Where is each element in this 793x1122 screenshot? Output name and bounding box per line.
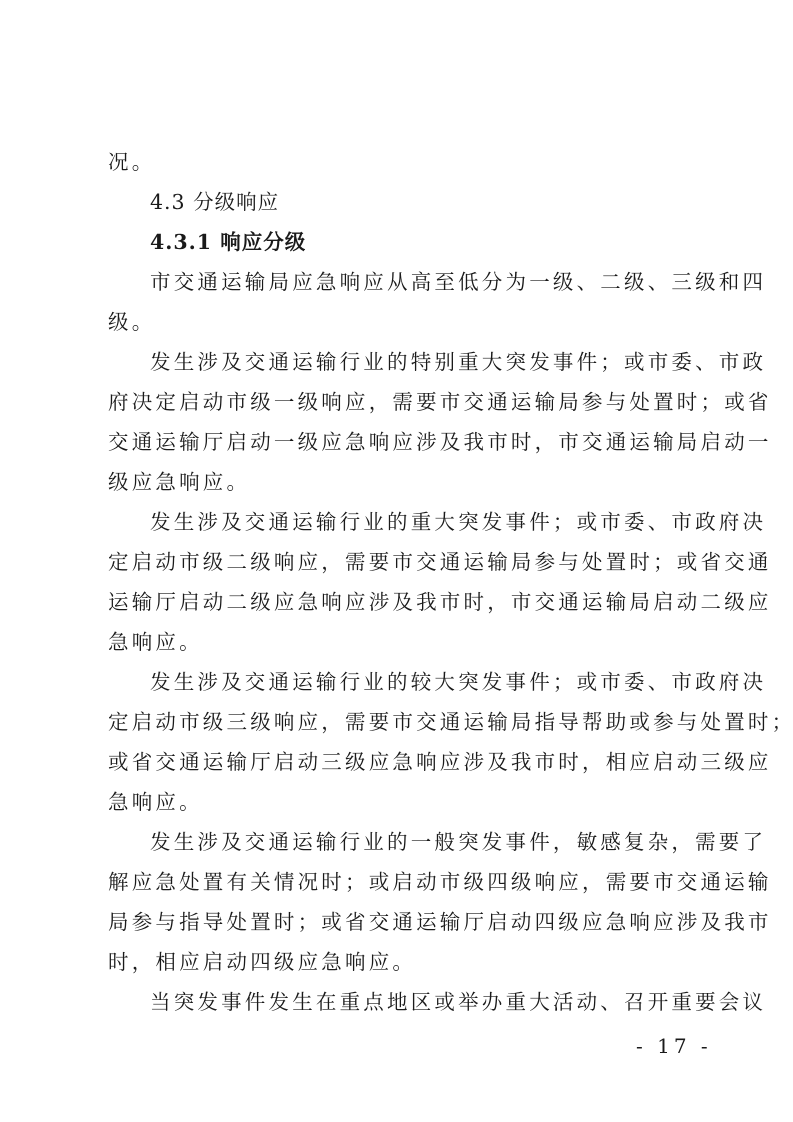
paragraph-line: 交通运输厅启动一级应急响应涉及我市时，市交通运输局启动一 (108, 428, 772, 456)
paragraph-line: 府决定启动市级一级响应，需要市交通运输局参与处置时；或省 (108, 388, 772, 416)
paragraph-line: 定启动市级三级响应，需要市交通运输局指导帮助或参与处置时； (108, 708, 793, 736)
paragraph-line: 发生涉及交通运输行业的较大突发事件；或市委、市政府决 (150, 668, 766, 696)
paragraph-line: 发生涉及交通运输行业的一般突发事件，敏感复杂，需要了 (150, 828, 766, 856)
section-heading: 4.3 分级响应 (150, 188, 279, 216)
paragraph-line: 定启动市级二级响应，需要市交通运输局参与处置时；或省交通 (108, 548, 772, 576)
paragraph-line: 局参与指导处置时；或省交通运输厅启动四级应急响应涉及我市 (108, 908, 772, 936)
subsection-heading: 4.3.1 响应分级 (150, 228, 306, 256)
continuation-text: 况。 (108, 148, 155, 176)
paragraph-line: 当突发事件发生在重点地区或举办重大活动、召开重要会议 (150, 988, 766, 1016)
paragraph-line: 级。 (108, 308, 155, 336)
page-number: - 17 - (636, 1034, 712, 1058)
paragraph-line: 急响应。 (108, 788, 203, 816)
paragraph-line: 急响应。 (108, 628, 203, 656)
paragraph-line: 时，相应启动四级应急响应。 (108, 948, 416, 976)
paragraph-line: 解应急处置有关情况时；或启动市级四级响应，需要市交通运输 (108, 868, 772, 896)
paragraph-line: 级应急响应。 (108, 468, 250, 496)
paragraph-line: 发生涉及交通运输行业的特别重大突发事件；或市委、市政 (150, 348, 766, 376)
paragraph-line: 或省交通运输厅启动三级应急响应涉及我市时，相应启动三级应 (108, 748, 772, 776)
paragraph-line: 运输厅启动二级应急响应涉及我市时，市交通运输局启动二级应 (108, 588, 772, 616)
paragraph-line: 发生涉及交通运输行业的重大突发事件；或市委、市政府决 (150, 508, 766, 536)
paragraph-line: 市交通运输局应急响应从高至低分为一级、二级、三级和四 (150, 268, 766, 296)
